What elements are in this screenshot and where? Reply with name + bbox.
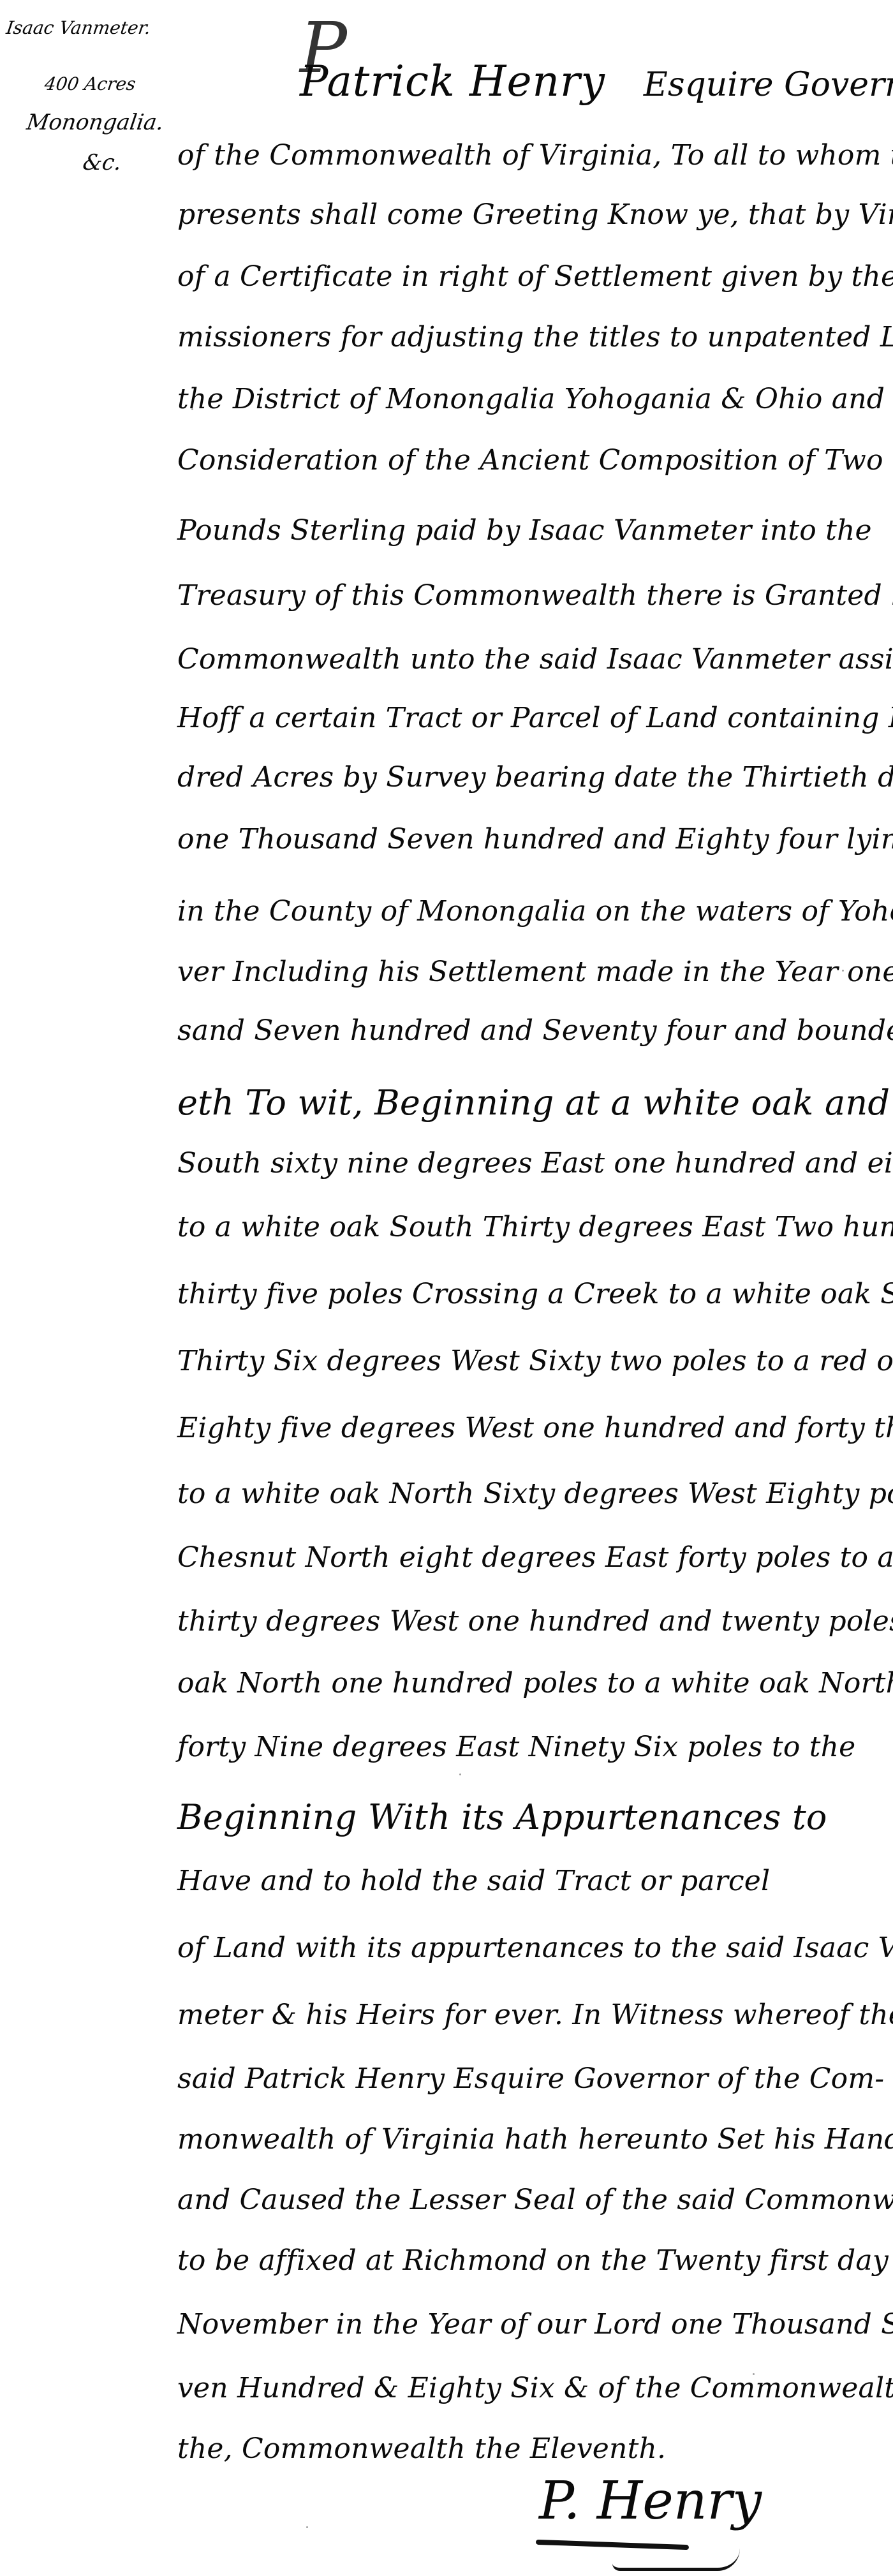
body-line: of the Commonwealth of Virginia, To all … [177,142,893,170]
body-line: missioners for adjusting the titles to u… [177,323,893,352]
land-grant-page: Isaac Vanmeter. 400 Acres Monongalia. &c… [0,0,893,2576]
body-line: Commonwealth unto the said Isaac Vanmete… [177,646,893,674]
body-line: South sixty nine degrees East one hundre… [177,1150,893,1178]
body-line: in the County of Monongalia on the water… [177,898,893,926]
body-line: monwealth of Virginia hath hereunto Set … [177,2126,893,2154]
body-line: Chesnut North eight degrees East forty p… [177,1544,893,1572]
body-line-beginning: Beginning With its Appurtenances to [177,1800,827,1835]
body-line: thirty degrees West one hundred and twen… [177,1608,893,1636]
body-line: dred Acres by Survey bearing date the Th… [177,764,893,792]
body-line: Eighty five degrees West one hundred and… [177,1414,893,1442]
margin-note-grantee: Isaac Vanmeter. [5,19,154,37]
body-line: said Patrick Henry Esquire Governor of t… [177,2065,884,2093]
body-line: Pounds Sterling paid by Isaac Vanmeter i… [177,517,872,545]
body-line: and Caused the Lesser Seal of the said C… [177,2186,893,2214]
governor-signature: P. Henry [539,2475,762,2528]
body-line: Have and to hold the said Tract or parce… [177,1867,770,1895]
margin-note-acreage: 400 Acres [43,75,193,93]
body-line: one Thousand Seven hundred and Eighty fo… [177,825,893,854]
body-line: Consideration of the Ancient Composition… [177,447,883,475]
body-line: of a Certificate in right of Settlement … [177,263,893,291]
body-line: to a white oak South Thirty degrees East… [177,1213,893,1241]
body-line: meter & his Heirs for ever. In Witness w… [177,2001,893,2029]
body-line: Thirty Six degrees West Sixty two poles … [177,1347,893,1375]
body-line: thirty five poles Crossing a Creek to a … [177,1280,893,1308]
signature-flourish [612,2549,740,2571]
body-line: forty Nine degrees East Ninety Six poles… [177,1733,855,1761]
body-line: November in the Year of our Lord one Tho… [177,2311,893,2339]
title-office: Esquire Governor [644,68,893,101]
body-line: presents shall come Greeting Know ye, th… [177,201,893,229]
body-line: oak North one hundred poles to a white o… [177,1669,893,1698]
title-name: Patrick Henry [300,61,605,103]
paper-speck [753,2373,755,2375]
document-title: Patrick Henry Esquire Governor [300,61,874,103]
body-line: to a white oak North Sixty degrees West … [177,1480,893,1508]
paper-speck [191,408,193,410]
body-line: ven Hundred & Eighty Six & of the Common… [177,2374,893,2402]
body-line: ver Including his Settlement made in the… [177,958,893,986]
body-line: the, Commonwealth the Eleventh. [177,2435,666,2463]
body-line: Treasury of this Commonwealth there is G… [177,582,893,610]
paper-speck [842,970,844,972]
body-line: of Land with its appurtenances to the sa… [177,1934,893,1962]
body-line-beginning: eth To wit, Beginning at a white oak and… [177,1086,893,1120]
paper-speck [306,2526,308,2528]
margin-note-county: Monongalia. [26,112,175,133]
paper-speck [459,1773,461,1775]
body-line: sand Seven hundred and Seventy four and … [177,1017,893,1045]
body-line: the District of Monongalia Yohogania & O… [177,385,893,413]
body-line: to be affixed at Richmond on the Twenty … [177,2247,893,2275]
body-line: Hoff a certain Tract or Parcel of Land c… [177,704,893,732]
